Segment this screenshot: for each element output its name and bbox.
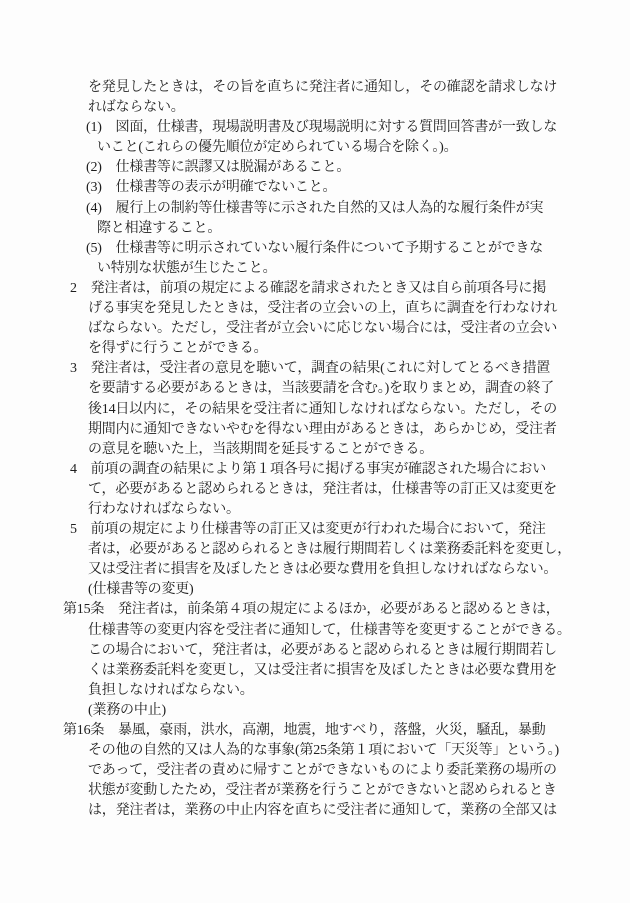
document-line: 状態が変動したため，受注者が業務を行うことができないと認められるとき: [63, 781, 573, 801]
document-line: は，発注者は，業務の中止内容を直ちに受注者に通知して，業務の全部又は: [63, 801, 573, 821]
document-line: この場合において，発注者は，必要があると認められるときは履行期間若し: [63, 641, 573, 661]
document-line: 期間内に通知できないやむを得ない理由があるときは，あらかじめ，受注者: [63, 420, 573, 440]
document-line: を発見したときは，その旨を直ちに発注者に通知し，その確認を請求しなけ: [63, 78, 573, 98]
document-line: 3 発注者は，受注者の意見を聴いて，調査の結果(これに対してとるべき措置: [63, 359, 573, 379]
document-line: (4) 履行上の制約等仕様書等に示された自然的又は人為的な履行条件が実: [63, 199, 573, 219]
document-line: (業務の中止): [63, 701, 573, 721]
document-line: を要請する必要があるときは，当該要請を含む。)を取りまとめ，調査の終了: [63, 379, 573, 399]
document-line: 後14日以内に，その結果を受注者に通知しなければならない。ただし，その: [63, 400, 573, 420]
document-line: 5 前項の規定により仕様書等の訂正又は変更が行われた場合において，発注: [63, 520, 573, 540]
document-line: 4 前項の調査の結果により第１項各号に掲げる事実が確認された場合におい: [63, 460, 573, 480]
document-line: ればならない。: [63, 98, 573, 118]
document-line: であって，受注者の責めに帰すことができないものにより委託業務の場所の: [63, 761, 573, 781]
document-line: (仕様書等の変更): [63, 580, 573, 600]
document-line: いこと(これらの優先順位が定められている場合を除く。)。: [63, 138, 573, 158]
document-line: 仕様書等の変更内容を受注者に通知して，仕様書等を変更することができる。: [63, 621, 573, 641]
document-line: を得ずに行うことができる。: [63, 339, 573, 359]
document-line: 負担しなければならない。: [63, 681, 573, 701]
document-line: の意見を聴いた上，当該期間を延長することができる。: [63, 440, 573, 460]
document-line: くは業務委託料を変更し，又は受注者に損害を及ぼしたときは必要な費用を: [63, 661, 573, 681]
document-line: 2 発注者は，前項の規定による確認を請求されたとき又は自ら前項各号に掲: [63, 279, 573, 299]
document-line: 行わなければならない。: [63, 500, 573, 520]
document-line: い特別な状態が生じたこと。: [63, 259, 573, 279]
document-line: (5) 仕様書等に明示されていない履行条件について予期することができな: [63, 239, 573, 259]
document-line: 際と相違すること。: [63, 219, 573, 239]
document-page: を発見したときは，その旨を直ちに発注者に通知し，その確認を請求しなければならない…: [0, 0, 630, 903]
document-line: 第16条 暴風，豪雨，洪水，高潮，地震，地すべり，落盤，火災，騒乱，暴動: [63, 721, 573, 741]
document-line: 又は受注者に損害を及ぼしたときは必要な費用を負担しなければならない。: [63, 560, 573, 580]
document-line: (3) 仕様書等の表示が明確でないこと。: [63, 178, 573, 198]
document-line: 者は，必要があると認められるときは履行期間若しくは業務委託料を変更し，: [63, 540, 573, 560]
document-body-text: を発見したときは，その旨を直ちに発注者に通知し，その確認を請求しなければならない…: [63, 78, 573, 821]
document-line: ばならない。ただし，受注者が立会いに応じない場合には，受注者の立会い: [63, 319, 573, 339]
document-line: げる事実を発見したときは，受注者の立会いの上，直ちに調査を行わなけれ: [63, 299, 573, 319]
document-line: (1) 図面，仕様書，現場説明書及び現場説明に対する質問回答書が一致しな: [63, 118, 573, 138]
document-line: その他の自然的又は人為的な事象(第25条第１項において「天災等」という。): [63, 741, 573, 761]
document-line: (2) 仕様書等に誤謬又は脱漏があること。: [63, 158, 573, 178]
document-line: て，必要があると認められるときは，発注者は，仕様書等の訂正又は変更を: [63, 480, 573, 500]
document-line: 第15条 発注者は，前条第４項の規定によるほか，必要があると認めるときは，: [63, 600, 573, 620]
